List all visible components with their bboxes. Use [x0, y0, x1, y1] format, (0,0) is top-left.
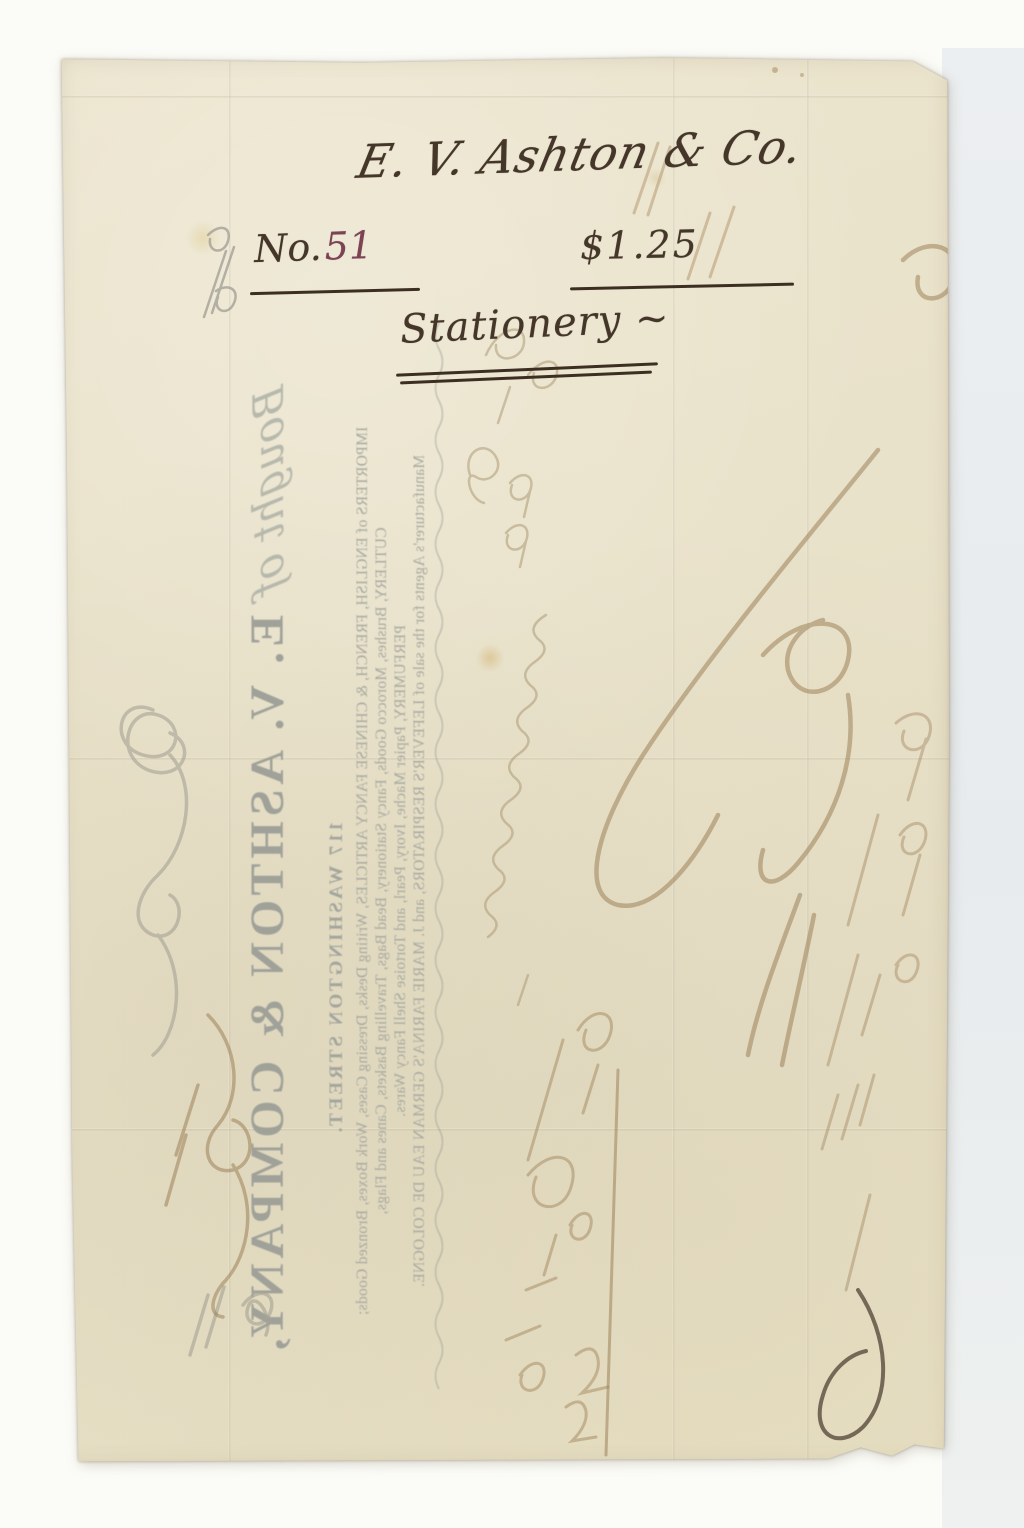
billhead-mirrored-content: Bought of E. V. ASHTON & COMPANY, 117 WA…: [240, 287, 444, 1455]
billhead-line-perfumery: PERFUMERY, Papier Mache, Ivory, Pearl, a…: [391, 287, 410, 1455]
fold-crease-lower: [58, 1128, 950, 1131]
fold-crease-vertical-right: [806, 55, 809, 1467]
ink-bleed-right-column: [822, 714, 930, 1290]
bought-of-script: Bought of: [244, 381, 293, 600]
number-value: 51: [324, 223, 374, 269]
fold-crease-top: [58, 95, 950, 98]
fold-crease-middle: [58, 757, 950, 760]
foxing-speck: [800, 73, 804, 77]
company-name-print: E. V. ASHTON & COMPANY,: [240, 615, 295, 1355]
billhead-line-importers: IMPORTERS of ENGLISH, FRENCH, & CHINESE …: [353, 287, 372, 1455]
billhead-line-agents: Manufacturer's Agents for the sale of LE…: [410, 287, 429, 1455]
company-address-print: 117 WASHINGTON STREET.: [326, 287, 348, 1455]
handwritten-payee: E. V. Ashton & Co.: [352, 119, 808, 189]
foxing-spot: [186, 220, 220, 256]
number-label: No.: [253, 225, 322, 271]
handwritten-number-line: No.51: [253, 223, 373, 271]
ink-bleed-large-flourish: [596, 246, 950, 1455]
scanner-background-strip: [942, 48, 1024, 1528]
dark-ink-loop-bottom-right: [820, 1290, 883, 1438]
scanned-receipt-verso: Bought of E. V. ASHTON & COMPANY, 117 WA…: [0, 0, 1024, 1528]
billhead-name-row: Bought of E. V. ASHTON & COMPANY,: [240, 287, 336, 1455]
foxing-spot: [476, 643, 504, 673]
bleedthrough-printed-billhead: Bought of E. V. ASHTON & COMPANY, 117 WA…: [240, 287, 450, 1457]
bleedthrough-handwriting-layer: [58, 55, 950, 1467]
ink-bleed-loops-upper: [468, 330, 557, 1005]
fold-crease-vertical-center: [672, 55, 675, 1467]
billhead-line-cutlery: CUTLERY, Brushes, Morocco Goods, Fancy S…: [372, 287, 391, 1455]
pencil-marks-top-left: [204, 228, 236, 317]
foxing-speck: [772, 67, 778, 73]
ink-underline-amount: [570, 283, 794, 290]
ink-bleed-numbers-lower: [506, 1014, 612, 1441]
handwritten-amount: $1.25: [580, 222, 700, 268]
fold-crease-vertical-left: [228, 55, 231, 1467]
script-bleed-left-brown: [166, 1015, 250, 1317]
billhead-wavy-rule: [434, 321, 444, 1421]
paper-shadow-wrap: Bought of E. V. ASHTON & COMPANY, 117 WA…: [58, 55, 950, 1467]
receipt-paper: Bought of E. V. ASHTON & COMPANY, 117 WA…: [58, 55, 950, 1467]
